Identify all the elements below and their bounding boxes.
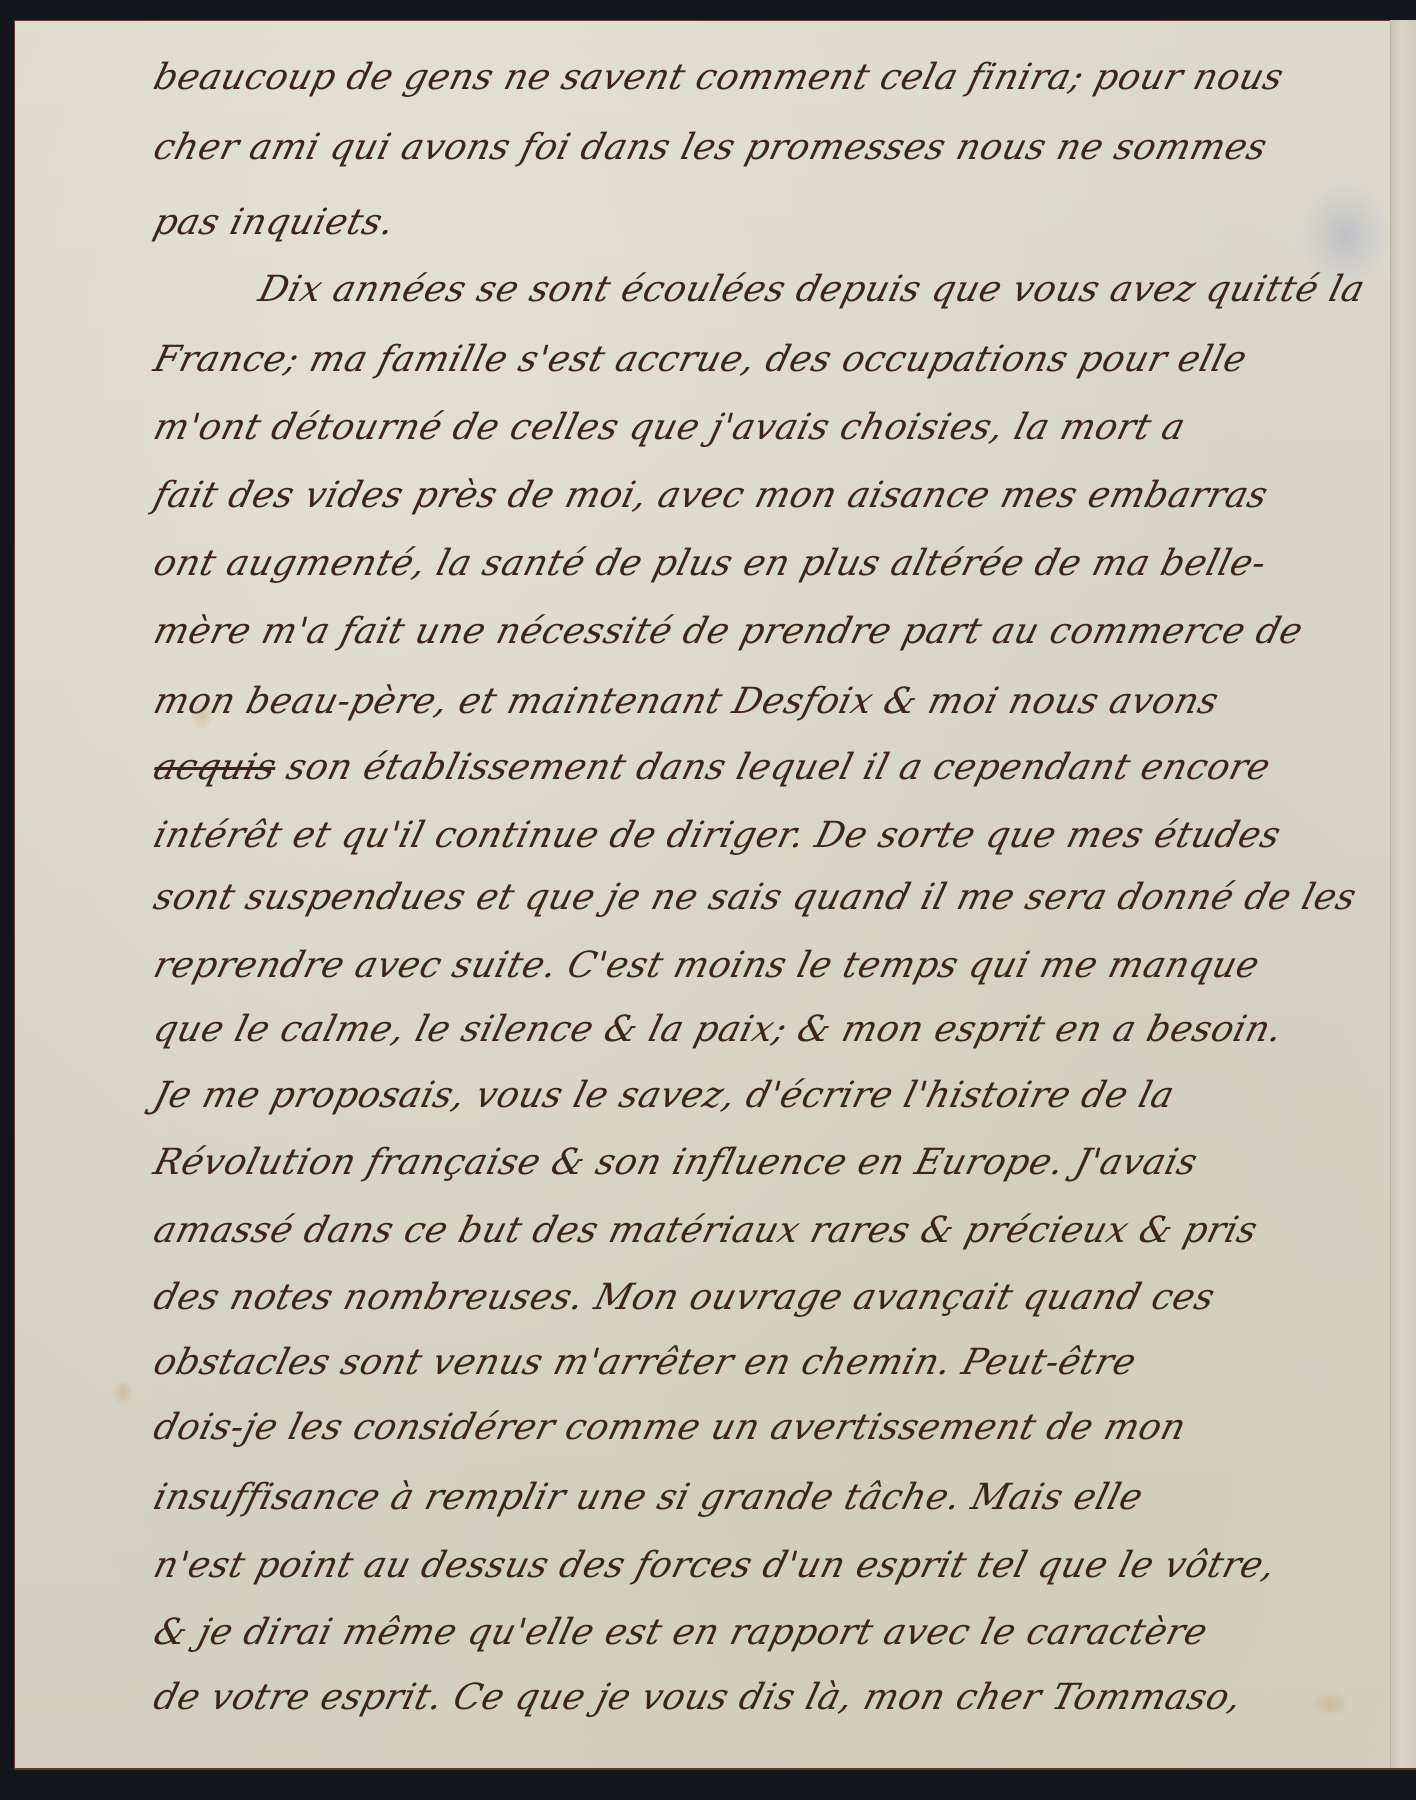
letter-line-25: de votre esprit. Ce que je vous dis là, … <box>150 1680 1389 1716</box>
letter-line-2: cher ami qui avons foi dans les promesse… <box>150 130 1389 166</box>
letter-line-22: insuffisance à remplir une si grande tâc… <box>150 1480 1389 1516</box>
letter-line-19: des notes nombreuses. Mon ouvrage avança… <box>150 1280 1389 1316</box>
letter-line-21: dois-je les considérer comme un avertiss… <box>150 1410 1389 1446</box>
letter-line-10: mon beau-père, et maintenant Desfoix & m… <box>150 684 1389 720</box>
letter-line-24: & je dirai même qu'elle est en rapport a… <box>150 1615 1389 1651</box>
letter-line-13: sont suspendues et que je ne sais quand … <box>150 880 1389 916</box>
letter-line-16: Je me proposais, vous le savez, d'écrire… <box>150 1078 1389 1114</box>
letter-line-7: fait des vides près de moi, avec mon ais… <box>150 478 1389 514</box>
letter-line-6: m'ont détourné de celles que j'avais cho… <box>150 410 1389 446</box>
letter-line-11: acquis son établissement dans lequel il … <box>150 750 1389 786</box>
letter-line-5: France; ma famille s'est accrue, des occ… <box>150 342 1389 378</box>
scan-bottom-border <box>14 1768 1416 1800</box>
letter-line-14: reprendre avec suite. C'est moins le tem… <box>150 948 1389 984</box>
letter-line-8: ont augmenté, la santé de plus en plus a… <box>150 546 1389 582</box>
letter-line-23: n'est point au dessus des forces d'un es… <box>150 1548 1389 1584</box>
scanned-letter-page: beaucoup de gens ne savent comment cela … <box>0 0 1416 1800</box>
letter-line-12: intérêt et qu'il continue de diriger. De… <box>150 818 1389 854</box>
letter-body: beaucoup de gens ne savent comment cela … <box>0 0 1416 1800</box>
letter-line-1: beaucoup de gens ne savent comment cela … <box>150 60 1389 96</box>
letter-line-20: obstacles sont venus m'arrêter en chemin… <box>150 1345 1389 1381</box>
letter-line-18: amassé dans ce but des matériaux rares &… <box>150 1213 1389 1249</box>
letter-line-9: mère m'a fait une nécessité de prendre p… <box>150 614 1389 650</box>
letter-line-4: Dix années se sont écoulées depuis que v… <box>255 272 1416 308</box>
letter-line-3: pas inquiets. <box>150 205 1389 241</box>
letter-line-17: Révolution française & son influence en … <box>150 1145 1389 1181</box>
struck-word: acquis <box>150 747 281 788</box>
letter-line-15: que le calme, le silence & la paix; & mo… <box>150 1012 1389 1048</box>
